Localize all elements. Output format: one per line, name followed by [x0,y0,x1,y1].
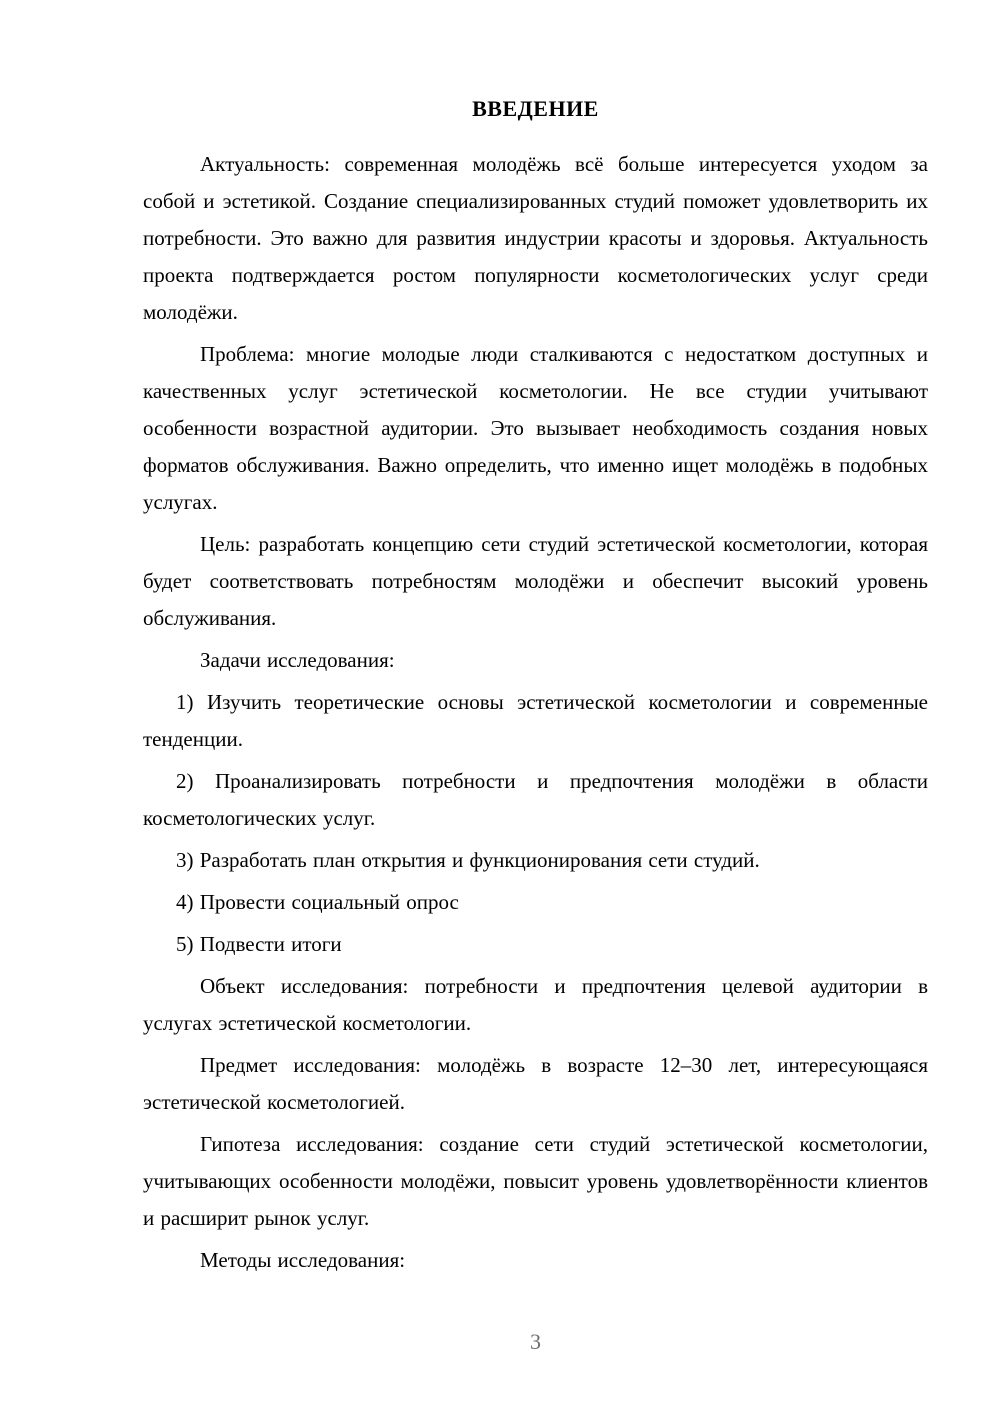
task-item-5: 5) Подвести итоги [143,926,928,963]
paragraph-problem: Проблема: многие молодые люди сталкивают… [143,336,928,521]
heading-methods: Методы исследования: [143,1242,928,1279]
document-title: ВВЕДЕНИЕ [143,96,928,122]
document-content: ВВЕДЕНИЕ Актуальность: современная молод… [143,96,928,1284]
paragraph-goal: Цель: разработать концепцию сети студий … [143,526,928,637]
document-page: ВВЕДЕНИЕ Актуальность: современная молод… [0,0,1000,1414]
paragraph-object: Объект исследования: потребности и предп… [143,968,928,1042]
page-number: 3 [143,1328,928,1356]
task-item-1: 1) Изучить теоретические основы эстетиче… [143,684,928,758]
paragraph-relevance: Актуальность: современная молодёжь всё б… [143,146,928,331]
task-item-2: 2) Проанализировать потребности и предпо… [143,763,928,837]
heading-tasks: Задачи исследования: [143,642,928,679]
paragraph-hypothesis: Гипотеза исследования: создание сети сту… [143,1126,928,1237]
paragraph-subject: Предмет исследования: молодёжь в возраст… [143,1047,928,1121]
task-item-3: 3) Разработать план открытия и функциони… [143,842,928,879]
task-item-4: 4) Провести социальный опрос [143,884,928,921]
